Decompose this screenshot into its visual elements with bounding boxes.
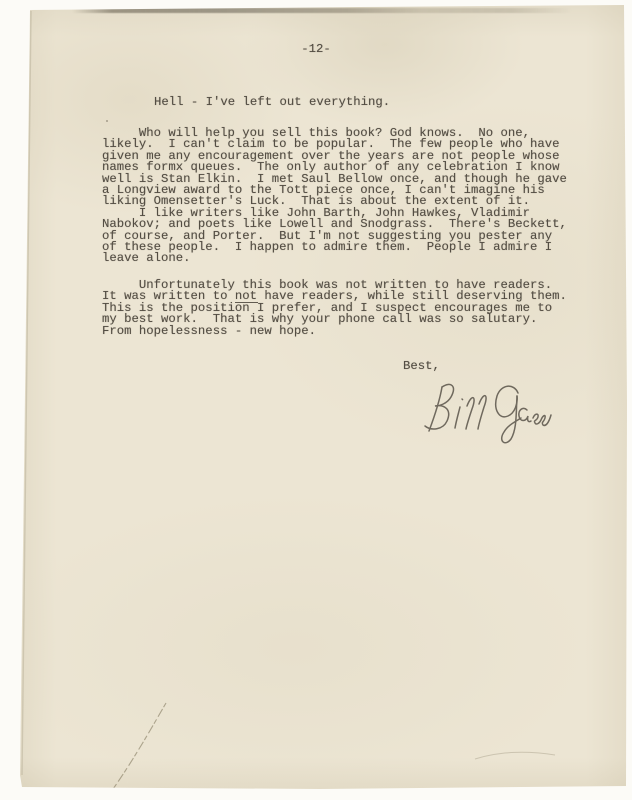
- scan-background: { "page": { "number": "-12-" }, "letter"…: [0, 0, 632, 800]
- handwritten-signature: [412, 373, 552, 453]
- page-number: -12-: [103, 44, 529, 55]
- opening-line: Hell - I've left out everything.: [154, 97, 390, 108]
- letter-final-paragraph: Unfortunately this book was not written …: [102, 280, 567, 337]
- scan-smudge-top-edge: [72, 8, 572, 13]
- letter-page: -12- Hell - I've left out everything. Wh…: [20, 5, 628, 789]
- letter-body-paragraphs: Who will help you sell this book? God kn…: [102, 128, 567, 265]
- letter-text-line: From hopelessness - new hope.: [102, 326, 567, 337]
- letter-text-line: leave alone.: [102, 253, 567, 264]
- underline-emphasis-not: [235, 302, 258, 303]
- closing-salutation: Best,: [403, 361, 440, 372]
